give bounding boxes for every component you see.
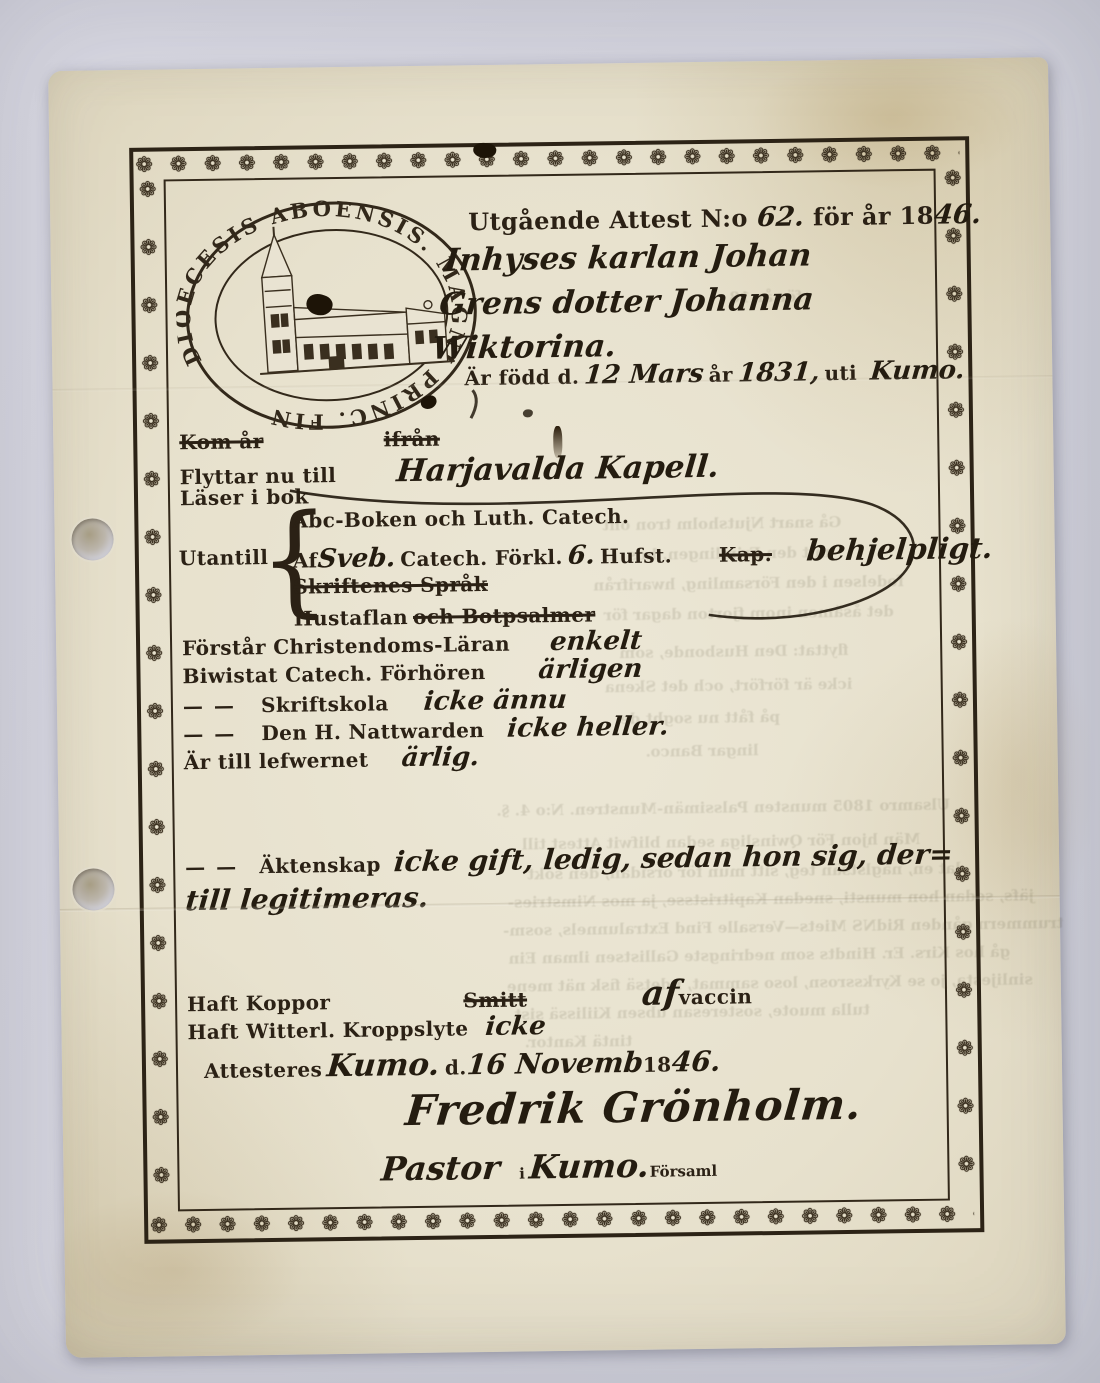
communion-value: icke heller. <box>506 711 670 743</box>
person-name-text: Inhyses karlan Johan <box>443 237 813 278</box>
attest-label: Attesteres <box>204 1057 322 1083</box>
punch-hole-lower <box>72 868 115 911</box>
utantill-label-row: Utantill <box>179 545 269 570</box>
catech-forkl-label: Catech. Förkl. <box>400 545 563 571</box>
attest-year-handwritten: 46. <box>932 199 982 231</box>
marriage-value-line1: icke gift, ledig, sedan hon sig, der= <box>392 837 954 878</box>
utantill-item-text: Abc-Boken och Luth. Catech. <box>292 504 629 533</box>
kap-label-struck: Kap. <box>719 542 772 567</box>
punch-hole-upper <box>71 518 114 561</box>
born-label: Är född d. <box>464 365 579 391</box>
catech-attendance-value: ärligen <box>537 654 644 685</box>
ditto-dashes: — — <box>183 693 236 718</box>
catech-attendance-label: Biwistat Catech. Förhören <box>182 660 485 688</box>
place-label: uti <box>824 361 857 385</box>
skriftenes-sprak-struck: Skriftenes Språk <box>293 572 488 599</box>
utantill-af-label: Af <box>293 548 318 572</box>
person-name-text: Grens dotter Johanna <box>438 281 816 322</box>
attest-place-handwritten: Kumo. <box>326 1047 442 1085</box>
attest-number-handwritten: 62. <box>755 201 805 233</box>
pastor-title-handwritten: Pastor <box>380 1148 502 1189</box>
person-name-line2: Grens dotter Johanna <box>439 281 814 322</box>
person-name-line1: Inhyses karlan Johan <box>444 237 811 278</box>
attest-header: Utgående Attest N:o 62. för år 1846. <box>468 199 981 237</box>
utantill-label: Utantill <box>179 545 269 570</box>
attest-century-printed: 18 <box>643 1052 672 1076</box>
certificate-paper-sheet: ❁ ❁ ❁ ❁ ❁ ❁ ❁ ❁ ❁ ❁ ❁ ❁ ❁ ❁ ❁ ❁ ❁ ❁ ❁ ❁ … <box>48 57 1066 1358</box>
utantill-line1: Abc-Boken och Luth. Catech. <box>292 504 629 533</box>
conduct-label: Är till lefwernet <box>184 748 369 775</box>
birth-line: Är född d. 12 Mars år 1831, uti Kumo. <box>464 355 965 392</box>
attest-day-label: d. <box>445 1055 467 1079</box>
botpsalmer-struck: och Botpsalmer <box>413 602 596 629</box>
vaccin-label: vaccin <box>679 984 753 1009</box>
attestation-row: Attesteres Kumo. d.16 Novemb1846. <box>204 1043 721 1086</box>
form-content: Utgående Attest N:o 62. för år 1846. Inh… <box>168 174 942 1210</box>
attest-year-handwritten: 46. <box>670 1045 722 1079</box>
hustaflan-label: Hustaflan <box>294 605 409 631</box>
kom-ar-label-struck: Kom år <box>179 429 264 454</box>
christendom-value: enkelt <box>549 626 644 657</box>
behjelpligt-handwritten: behjelpligt. <box>805 531 994 568</box>
marriage-value-line2: till legitimeras. <box>184 881 430 917</box>
birth-place-handwritten: Kumo. <box>869 355 966 386</box>
marriage-row: — — Äktenskap icke gift, ledig, sedan ho… <box>185 837 953 881</box>
marriage-label: Äktenskap <box>259 852 381 878</box>
bodily-defect-value: icke <box>484 1011 547 1042</box>
svebilius-handwritten: Sveb. <box>316 543 396 574</box>
utantill-line2: AfSveb. Catech. Förkl. 6. Hufst. Kap. be… <box>293 531 993 575</box>
bodily-defect-row: Haft Witterl. Kroppslyte icke <box>187 1011 546 1046</box>
confirmation-school-label: Skriftskola <box>261 691 389 717</box>
chapter-count-handwritten: 6. <box>566 540 596 570</box>
smitt-struck: Smitt <box>463 987 527 1012</box>
conduct-value: ärlig. <box>400 742 480 773</box>
i-printed: i <box>519 1164 525 1182</box>
af-handwritten: af <box>640 973 680 1014</box>
marriage-row-2: till legitimeras. <box>185 881 428 917</box>
header-printed-prefix: Utgående Attest N:o <box>468 203 748 236</box>
catech-attendance-row: Biwistat Catech. Förhören ärligen <box>182 654 643 690</box>
parish-handwritten: Kumo. <box>528 1146 651 1187</box>
ifran-label-struck: ifrån <box>383 427 440 452</box>
attest-day-handwritten: 16 Novemb <box>465 1046 644 1082</box>
parish-printed: Församl <box>650 1162 718 1181</box>
signature-row: Fredrik Grönholm. <box>405 1080 862 1135</box>
conduct-row: Är till lefwernet ärlig. <box>184 742 480 776</box>
confirmation-school-value: icke ännu <box>422 685 568 717</box>
pastor-title-row: Pastor i Kumo.Församl <box>381 1145 717 1189</box>
birth-year-handwritten: 1831, <box>737 357 821 388</box>
communion-label: Den H. Nattwarden <box>261 718 484 745</box>
smallpox-label: Haft Koppor <box>187 990 331 1016</box>
header-printed-year: för år 18 <box>813 201 934 232</box>
bodily-defect-label: Haft Witterl. Kroppslyte <box>187 1016 468 1044</box>
moved-year-from-row: Kom år ifrån <box>179 427 440 455</box>
ditto-dashes: — — <box>183 721 236 746</box>
ditto-dashes: — — <box>185 854 238 879</box>
pastor-signature: Fredrik Grönholm. <box>403 1080 864 1135</box>
year-label: år <box>708 363 733 387</box>
hufst-label: Hufst. <box>600 543 672 568</box>
birth-date-handwritten: 12 Mars <box>583 359 705 391</box>
utantill-line3: Skriftenes Språk <box>293 572 488 599</box>
ink-smear <box>553 426 562 458</box>
